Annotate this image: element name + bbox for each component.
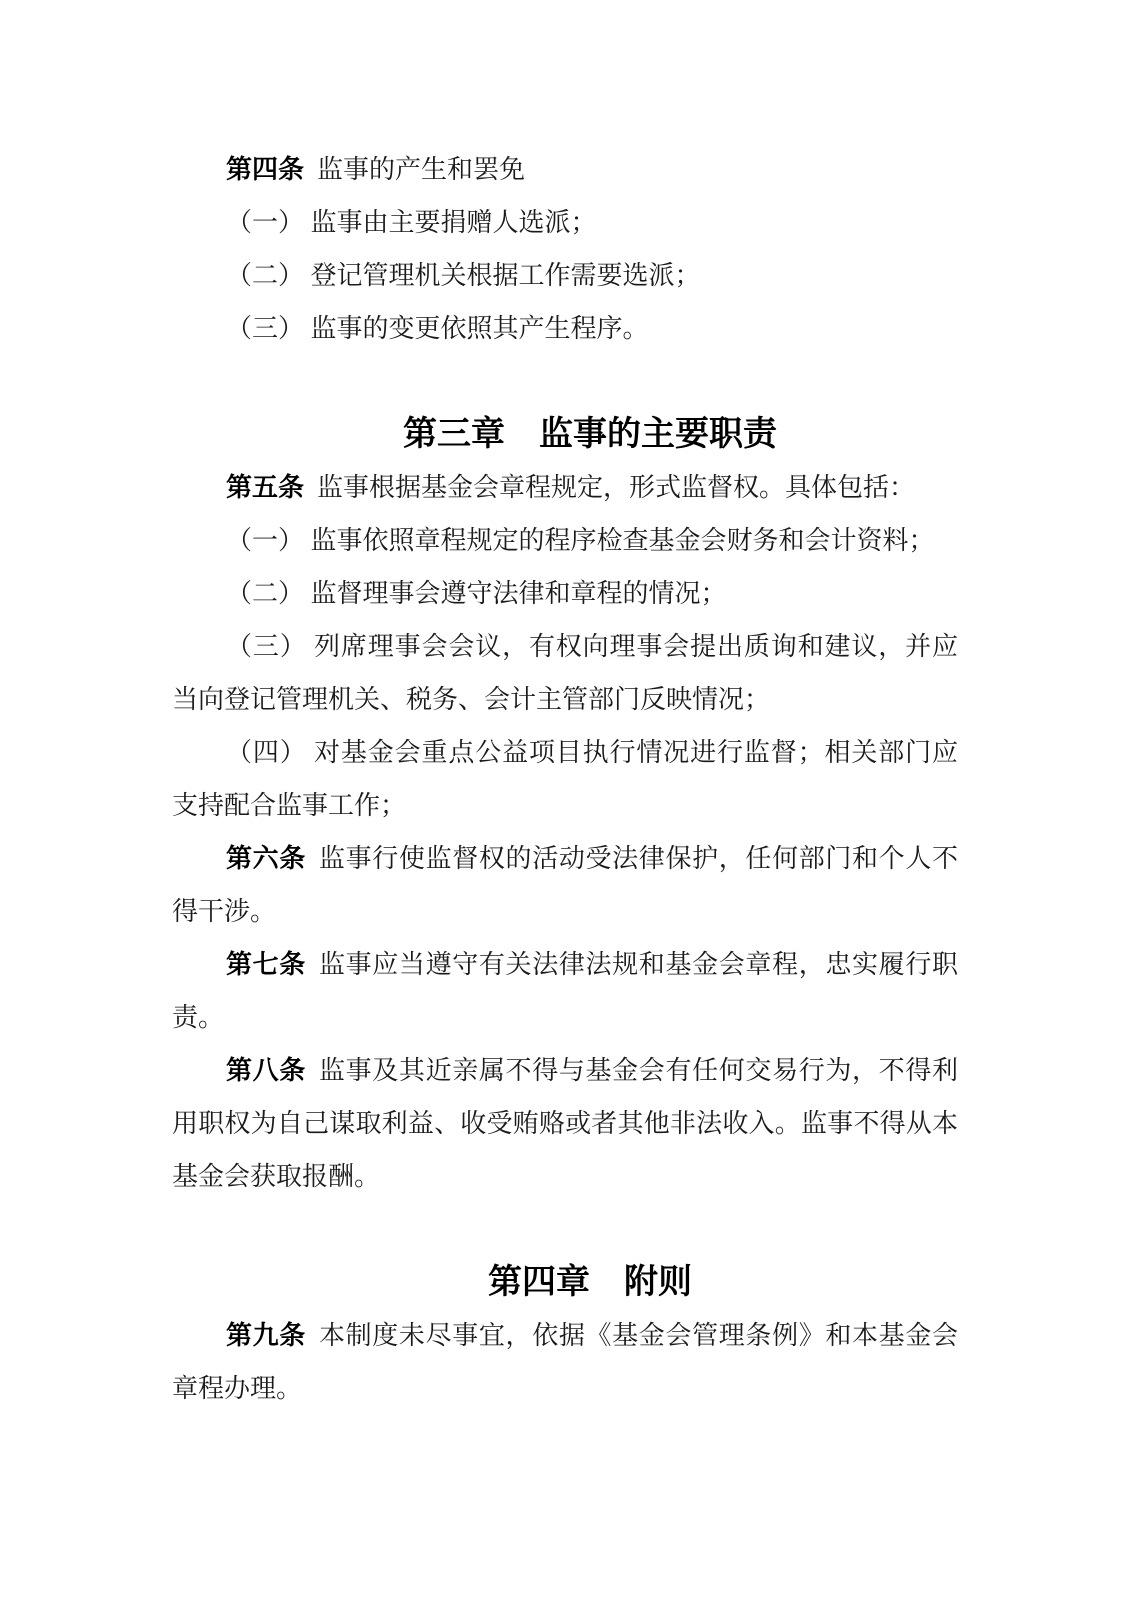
line-text: 监事根据基金会章程规定，形式监督权。具体包括： <box>317 473 915 502</box>
clause-paragraph: 第六条监事行使监督权的活动受法律保护，任何部门和个人不得干涉。 <box>172 832 958 938</box>
clause-label: 第六条 <box>226 844 306 873</box>
text-line: （四） 对基金会重点公益项目执行情况进行监督；相关部门应 <box>172 726 958 779</box>
line-text: 监事应当遵守有关法律法规和基金会章程，忠实履行职 <box>319 950 958 979</box>
text-line: 章程办理。 <box>172 1362 958 1415</box>
document-body: 第四条监事的产生和罢免（一） 监事由主要捐赠人选派；（二） 登记管理机关根据工作… <box>172 143 958 1415</box>
text-line: （三） 监事的变更依照其产生程序。 <box>172 302 958 355</box>
line-text: 监事及其近亲属不得与基金会有任何交易行为，不得利 <box>319 1056 958 1085</box>
line-text: 监事行使监督权的活动受法律保护，任何部门和个人不 <box>319 844 958 873</box>
text-line: （三） 列席理事会会议，有权向理事会提出质询和建议，并应 <box>172 620 958 673</box>
text-line: 第七条监事应当遵守有关法律法规和基金会章程，忠实履行职 <box>172 938 958 991</box>
text-line: （二） 监督理事会遵守法律和章程的情况； <box>172 567 958 620</box>
item-paragraph: （三） 列席理事会会议，有权向理事会提出质询和建议，并应当向登记管理机关、税务、… <box>172 620 958 726</box>
clause-paragraph: 第五条监事根据基金会章程规定，形式监督权。具体包括： <box>172 461 958 514</box>
text-line: 第六条监事行使监督权的活动受法律保护，任何部门和个人不 <box>172 832 958 885</box>
text-line: 第四条监事的产生和罢免 <box>172 143 958 196</box>
text-line: （一） 监事由主要捐赠人选派； <box>172 196 958 249</box>
clause-label: 第八条 <box>226 1056 306 1085</box>
text-line: 第九条本制度未尽事宜，依据《基金会管理条例》和本基金会 <box>172 1309 958 1362</box>
clause-paragraph: 第七条监事应当遵守有关法律法规和基金会章程，忠实履行职责。 <box>172 938 958 1044</box>
item-paragraph: （一） 监事由主要捐赠人选派； <box>172 196 958 249</box>
chapter-heading: 第四章 附则 <box>172 1256 958 1309</box>
item-paragraph: （三） 监事的变更依照其产生程序。 <box>172 302 958 355</box>
item-paragraph: （一） 监事依照章程规定的程序检查基金会财务和会计资料； <box>172 514 958 567</box>
text-line: 得干涉。 <box>172 885 958 938</box>
clause-label: 第七条 <box>226 950 306 979</box>
clause-paragraph: 第八条监事及其近亲属不得与基金会有任何交易行为，不得利用职权为自己谋取利益、收受… <box>172 1044 958 1203</box>
item-paragraph: （二） 监督理事会遵守法律和章程的情况； <box>172 567 958 620</box>
item-paragraph: （二） 登记管理机关根据工作需要选派； <box>172 249 958 302</box>
text-line: 用职权为自己谋取利益、收受贿赂或者其他非法收入。监事不得从本 <box>172 1097 958 1150</box>
clause-label: 第四条 <box>226 155 304 184</box>
text-line: 当向登记管理机关、税务、会计主管部门反映情况； <box>172 673 958 726</box>
text-line: （二） 登记管理机关根据工作需要选派； <box>172 249 958 302</box>
text-line: （一） 监事依照章程规定的程序检查基金会财务和会计资料； <box>172 514 958 567</box>
text-line: 基金会获取报酬。 <box>172 1150 958 1203</box>
line-text: 监事的产生和罢免 <box>317 155 525 184</box>
text-line: 第八条监事及其近亲属不得与基金会有任何交易行为，不得利 <box>172 1044 958 1097</box>
text-line: 支持配合监事工作； <box>172 779 958 832</box>
clause-paragraph: 第四条监事的产生和罢免 <box>172 143 958 196</box>
item-paragraph: （四） 对基金会重点公益项目执行情况进行监督；相关部门应支持配合监事工作； <box>172 726 958 832</box>
text-line: 责。 <box>172 991 958 1044</box>
document-page: 第四条监事的产生和罢免（一） 监事由主要捐赠人选派；（二） 登记管理机关根据工作… <box>0 0 1131 1415</box>
clause-label: 第五条 <box>226 473 304 502</box>
clause-label: 第九条 <box>226 1321 306 1350</box>
chapter-heading: 第三章 监事的主要职责 <box>172 408 958 461</box>
clause-paragraph: 第九条本制度未尽事宜，依据《基金会管理条例》和本基金会章程办理。 <box>172 1309 958 1415</box>
line-text: 本制度未尽事宜，依据《基金会管理条例》和本基金会 <box>319 1321 958 1350</box>
text-line: 第五条监事根据基金会章程规定，形式监督权。具体包括： <box>172 461 958 514</box>
